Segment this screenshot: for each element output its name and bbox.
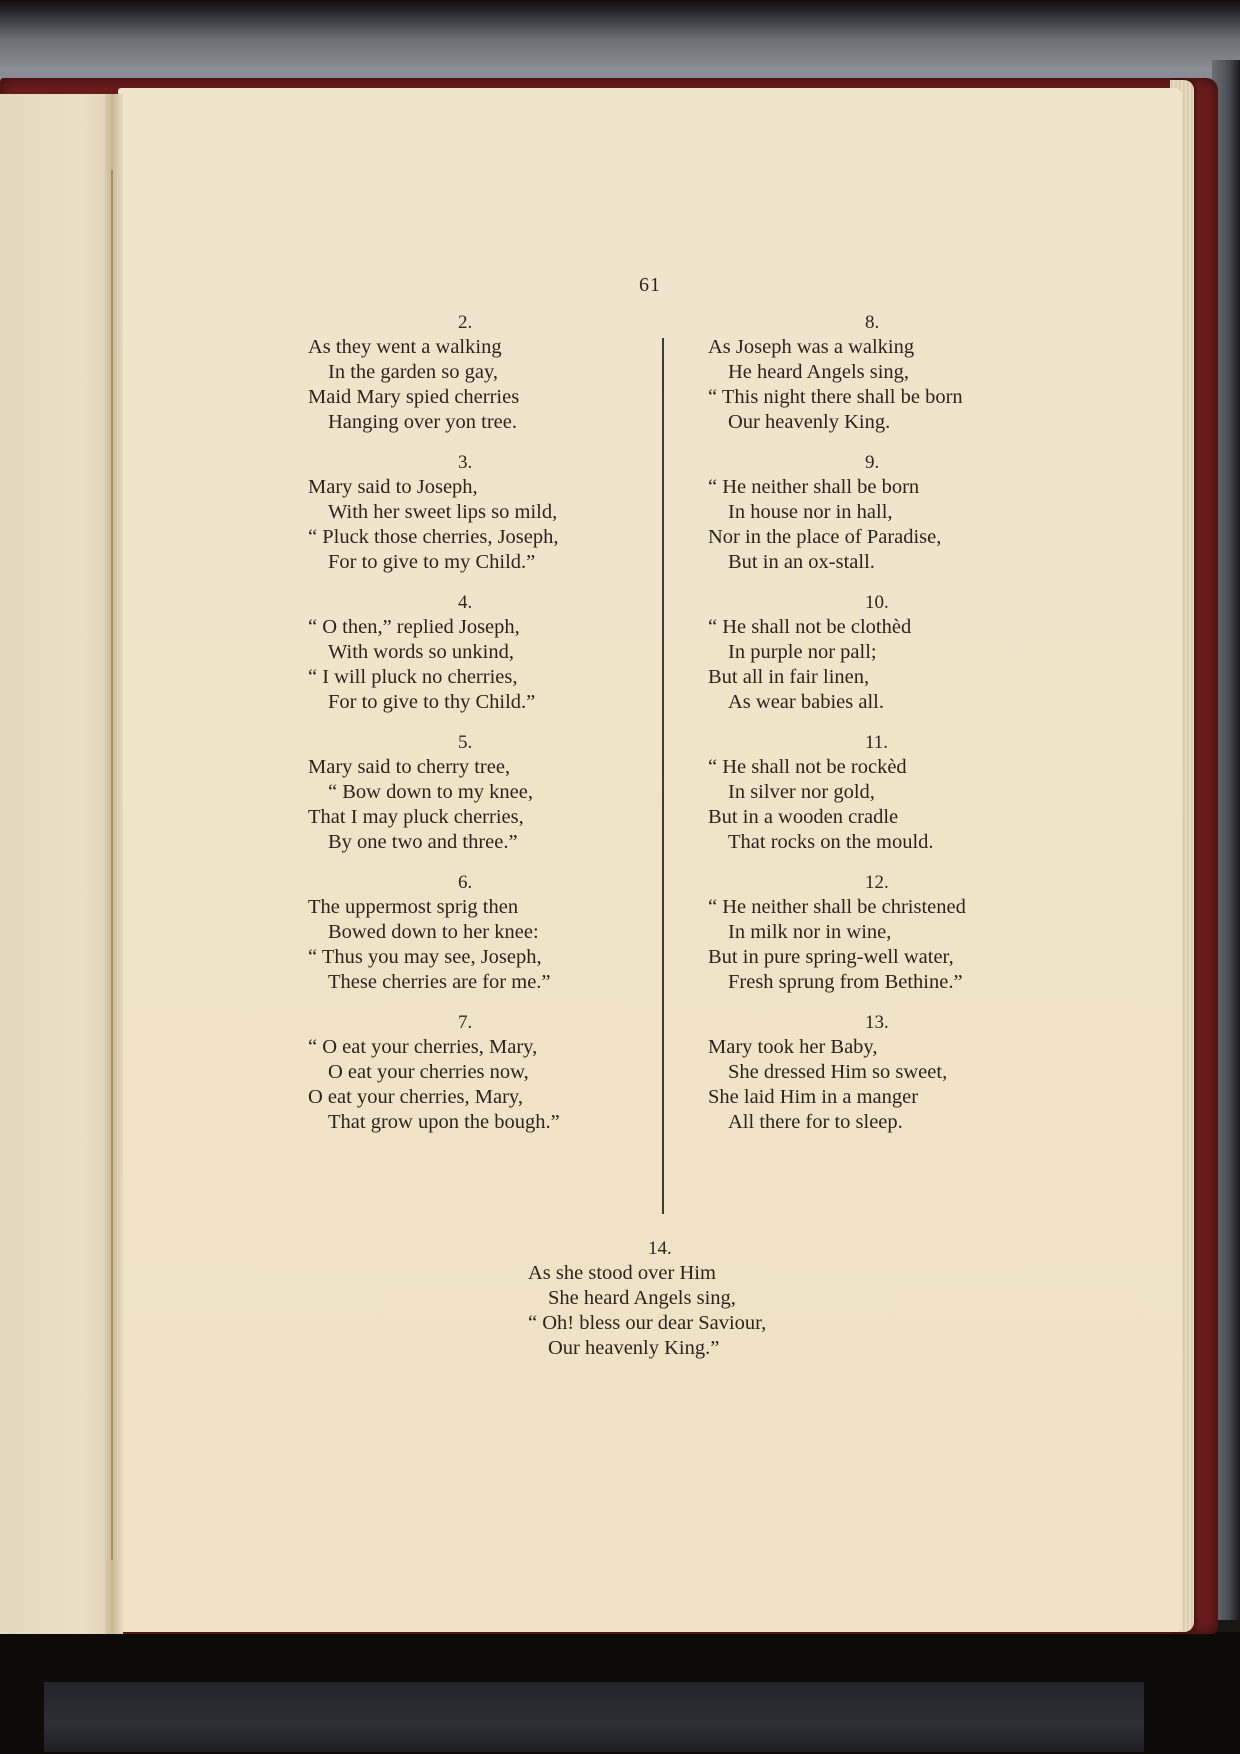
verse-line: In silver nor gold, — [708, 780, 1138, 805]
verse-line: O eat your cherries now, — [308, 1060, 708, 1085]
verse-line: The uppermost sprig then — [308, 895, 708, 920]
verse-line: “ He neither shall be christened — [708, 895, 1138, 920]
stanza-number: 14. — [528, 1236, 848, 1261]
verse-line: Mary said to Joseph, — [308, 475, 708, 500]
stanza: 6.The uppermost sprig thenBowed down to … — [308, 870, 708, 995]
verse-line: Maid Mary spied cherries — [308, 385, 708, 410]
verse-line: By one two and three.” — [308, 830, 708, 855]
stanza-number: 7. — [308, 1010, 708, 1035]
verse-line: She heard Angels sing, — [528, 1286, 848, 1311]
verse-line: “ O eat your cherries, Mary, — [308, 1035, 708, 1060]
stanza-number: 6. — [308, 870, 708, 895]
stanza: 11.“ He shall not be rockèdIn silver nor… — [708, 730, 1138, 855]
verse-line: All there for to sleep. — [708, 1110, 1138, 1135]
stanza: 8.As Joseph was a walkingHe heard Angels… — [708, 310, 1138, 435]
verse-line: These cherries are for me.” — [308, 970, 708, 995]
verse-line: For to give to thy Child.” — [308, 690, 708, 715]
stanza: 2.As they went a walkingIn the garden so… — [308, 310, 708, 435]
verse-line: O eat your cherries, Mary, — [308, 1085, 708, 1110]
stanza-number: 12. — [708, 870, 1138, 895]
verse-line: She dressed Him so sweet, — [708, 1060, 1138, 1085]
page-number: 61 — [118, 274, 1182, 297]
stanza: 12.“ He neither shall be christenedIn mi… — [708, 870, 1138, 995]
binding-thread — [111, 170, 113, 1560]
stanza-number: 9. — [708, 450, 1138, 475]
stanza: 7.“ O eat your cherries, Mary,O eat your… — [308, 1010, 708, 1135]
stanza-number: 11. — [708, 730, 1138, 755]
verse-line: “ He neither shall be born — [708, 475, 1138, 500]
verse-line: In house nor in hall, — [708, 500, 1138, 525]
stanza-number: 4. — [308, 590, 708, 615]
verse-line: Fresh sprung from Bethine.” — [708, 970, 1138, 995]
verse-line: As they went a walking — [308, 335, 708, 360]
verse-line: Our heavenly King.” — [528, 1336, 848, 1361]
verse-line: But in a wooden cradle — [708, 805, 1138, 830]
stanza-number: 8. — [708, 310, 1138, 335]
verse-line: That rocks on the mould. — [708, 830, 1138, 855]
book-gutter — [105, 94, 123, 1634]
verse-line: Mary said to cherry tree, — [308, 755, 708, 780]
verse-line: Mary took her Baby, — [708, 1035, 1138, 1060]
verse-line: “ Pluck those cherries, Joseph, — [308, 525, 708, 550]
verse-line: “ He shall not be rockèd — [708, 755, 1138, 780]
verse-line: Bowed down to her knee: — [308, 920, 708, 945]
stanza: 13.Mary took her Baby,She dressed Him so… — [708, 1010, 1138, 1135]
verse-line: As Joseph was a walking — [708, 335, 1138, 360]
verse-line: But in pure spring-well water, — [708, 945, 1138, 970]
verse-line: Our heavenly King. — [708, 410, 1138, 435]
final-stanza: 14. As she stood over Him She heard Ange… — [528, 1236, 848, 1361]
verse-line: In purple nor pall; — [708, 640, 1138, 665]
stanza-number: 5. — [308, 730, 708, 755]
stanza: 9.“ He neither shall be bornIn house nor… — [708, 450, 1138, 575]
verse-line: Hanging over yon tree. — [308, 410, 708, 435]
scanner-tray — [44, 1682, 1144, 1752]
verse-line: That I may pluck cherries, — [308, 805, 708, 830]
verse-line: But in an ox-stall. — [708, 550, 1138, 575]
stanza: 4.“ O then,” replied Joseph,With words s… — [308, 590, 708, 715]
verse-line: “ Bow down to my knee, — [308, 780, 708, 805]
verse-line: But all in fair linen, — [708, 665, 1138, 690]
verse-line: He heard Angels sing, — [708, 360, 1138, 385]
stanza-number: 13. — [708, 1010, 1138, 1035]
verse-line: “ Oh! bless our dear Saviour, — [528, 1311, 848, 1336]
stanza: 3.Mary said to Joseph,With her sweet lip… — [308, 450, 708, 575]
verse-line: As wear babies all. — [708, 690, 1138, 715]
facing-page-edge — [0, 94, 118, 1634]
stanza-number: 2. — [308, 310, 708, 335]
verse-line: Nor in the place of Paradise, — [708, 525, 1138, 550]
right-column: 8.As Joseph was a walkingHe heard Angels… — [708, 310, 1138, 1150]
verse-line: She laid Him in a manger — [708, 1085, 1138, 1110]
stanza-number: 3. — [308, 450, 708, 475]
verse-line: “ He shall not be clothèd — [708, 615, 1138, 640]
verse-line: With her sweet lips so mild, — [308, 500, 708, 525]
verse-line: “ I will pluck no cherries, — [308, 665, 708, 690]
verse-line: “ This night there shall be born — [708, 385, 1138, 410]
stanza: 5.Mary said to cherry tree,“ Bow down to… — [308, 730, 708, 855]
book-page: 61 2.As they went a walkingIn the garden… — [118, 88, 1182, 1632]
verse-line: With words so unkind, — [308, 640, 708, 665]
verse-line: In milk nor in wine, — [708, 920, 1138, 945]
verse-line: “ Thus you may see, Joseph, — [308, 945, 708, 970]
verse-line: As she stood over Him — [528, 1261, 848, 1286]
verse-line: That grow upon the bough.” — [308, 1110, 708, 1135]
verse-line: In the garden so gay, — [308, 360, 708, 385]
stanza-number: 10. — [708, 590, 1138, 615]
left-column: 2.As they went a walkingIn the garden so… — [308, 310, 708, 1150]
verse-line: “ O then,” replied Joseph, — [308, 615, 708, 640]
column-divider — [662, 338, 664, 1214]
verse-line: For to give to my Child.” — [308, 550, 708, 575]
scan-backdrop-bottom — [0, 1632, 1240, 1754]
stanza: 10.“ He shall not be clothèdIn purple no… — [708, 590, 1138, 715]
